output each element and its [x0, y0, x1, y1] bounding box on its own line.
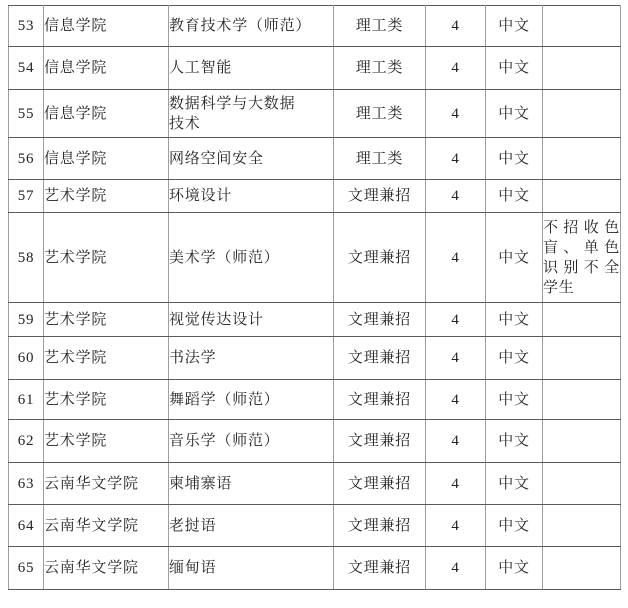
- cell-category: 文理兼招: [334, 547, 426, 590]
- cell-language: 中文: [486, 547, 543, 590]
- cell-note: [543, 6, 621, 47]
- cell-note: [543, 420, 621, 463]
- cell-college: 艺术学院: [44, 337, 169, 380]
- cell-category: 文理兼招: [334, 463, 426, 505]
- table-row: 60艺术学院书法学文理兼招4中文: [9, 337, 621, 380]
- cell-major: 网络空间安全: [169, 138, 334, 180]
- cell-language: 中文: [486, 180, 543, 213]
- cell-category: 理工类: [334, 90, 426, 138]
- cell-category: 文理兼招: [334, 303, 426, 337]
- cell-duration: 4: [426, 380, 486, 420]
- table-row: 64云南华文学院老挝语文理兼招4中文: [9, 505, 621, 547]
- cell-major: 人工智能: [169, 47, 334, 90]
- cell-duration: 4: [426, 180, 486, 213]
- cell-duration: 4: [426, 463, 486, 505]
- document-page: 53信息学院教育技术学（师范）理工类4中文54信息学院人工智能理工类4中文55信…: [0, 0, 628, 608]
- cell-category: 文理兼招: [334, 505, 426, 547]
- cell-major: 美术学（师范）: [169, 213, 334, 303]
- cell-duration: 4: [426, 303, 486, 337]
- cell-language: 中文: [486, 213, 543, 303]
- cell-duration: 4: [426, 6, 486, 47]
- table-row: 58艺术学院美术学（师范）文理兼招4中文不招收色盲、单色识别不全学生: [9, 213, 621, 303]
- cell-category: 文理兼招: [334, 180, 426, 213]
- programs-table-body: 53信息学院教育技术学（师范）理工类4中文54信息学院人工智能理工类4中文55信…: [9, 6, 621, 590]
- cell-college: 艺术学院: [44, 420, 169, 463]
- cell-language: 中文: [486, 505, 543, 547]
- cell-no: 60: [9, 337, 44, 380]
- cell-language: 中文: [486, 420, 543, 463]
- cell-no: 53: [9, 6, 44, 47]
- cell-major: 音乐学（师范）: [169, 420, 334, 463]
- cell-college: 艺术学院: [44, 180, 169, 213]
- table-row: 65云南华文学院缅甸语文理兼招4中文: [9, 547, 621, 590]
- cell-major: 老挝语: [169, 505, 334, 547]
- cell-no: 57: [9, 180, 44, 213]
- cell-major: 教育技术学（师范）: [169, 6, 334, 47]
- cell-language: 中文: [486, 6, 543, 47]
- cell-duration: 4: [426, 337, 486, 380]
- cell-note: 不招收色盲、单色识别不全学生: [543, 213, 621, 303]
- cell-college: 云南华文学院: [44, 547, 169, 590]
- cell-note: [543, 337, 621, 380]
- cell-note: [543, 463, 621, 505]
- cell-note: [543, 47, 621, 90]
- cell-duration: 4: [426, 547, 486, 590]
- cell-college: 信息学院: [44, 47, 169, 90]
- cell-duration: 4: [426, 213, 486, 303]
- cell-language: 中文: [486, 337, 543, 380]
- table-row: 57艺术学院环境设计文理兼招4中文: [9, 180, 621, 213]
- cell-major: 数据科学与大数据 技术: [169, 90, 334, 138]
- cell-note: [543, 303, 621, 337]
- cell-college: 信息学院: [44, 90, 169, 138]
- cell-major: 缅甸语: [169, 547, 334, 590]
- cell-category: 理工类: [334, 138, 426, 180]
- cell-no: 58: [9, 213, 44, 303]
- table-row: 63云南华文学院柬埔寨语文理兼招4中文: [9, 463, 621, 505]
- cell-no: 65: [9, 547, 44, 590]
- cell-duration: 4: [426, 505, 486, 547]
- cell-no: 59: [9, 303, 44, 337]
- cell-language: 中文: [486, 47, 543, 90]
- cell-duration: 4: [426, 90, 486, 138]
- table-row: 55信息学院数据科学与大数据 技术理工类4中文: [9, 90, 621, 138]
- cell-language: 中文: [486, 138, 543, 180]
- cell-college: 云南华文学院: [44, 505, 169, 547]
- cell-duration: 4: [426, 47, 486, 90]
- cell-category: 文理兼招: [334, 420, 426, 463]
- cell-note: [543, 180, 621, 213]
- cell-college: 信息学院: [44, 138, 169, 180]
- cell-duration: 4: [426, 420, 486, 463]
- cell-no: 63: [9, 463, 44, 505]
- table-row: 61艺术学院舞蹈学（师范）文理兼招4中文: [9, 380, 621, 420]
- table-row: 59艺术学院视觉传达设计文理兼招4中文: [9, 303, 621, 337]
- cell-college: 艺术学院: [44, 380, 169, 420]
- cell-note: [543, 380, 621, 420]
- cell-major: 舞蹈学（师范）: [169, 380, 334, 420]
- cell-language: 中文: [486, 380, 543, 420]
- cell-no: 62: [9, 420, 44, 463]
- cell-major: 环境设计: [169, 180, 334, 213]
- cell-category: 文理兼招: [334, 380, 426, 420]
- cell-note: [543, 547, 621, 590]
- table-row: 62艺术学院音乐学（师范）文理兼招4中文: [9, 420, 621, 463]
- cell-major: 视觉传达设计: [169, 303, 334, 337]
- cell-note: [543, 505, 621, 547]
- cell-category: 文理兼招: [334, 213, 426, 303]
- cell-no: 64: [9, 505, 44, 547]
- cell-language: 中文: [486, 463, 543, 505]
- cell-major: 书法学: [169, 337, 334, 380]
- cell-language: 中文: [486, 90, 543, 138]
- cell-no: 55: [9, 90, 44, 138]
- cell-language: 中文: [486, 303, 543, 337]
- cell-note: [543, 90, 621, 138]
- cell-college: 信息学院: [44, 6, 169, 47]
- cell-college: 艺术学院: [44, 303, 169, 337]
- cell-category: 理工类: [334, 6, 426, 47]
- cell-college: 艺术学院: [44, 213, 169, 303]
- table-row: 56信息学院网络空间安全理工类4中文: [9, 138, 621, 180]
- cell-college: 云南华文学院: [44, 463, 169, 505]
- cell-no: 56: [9, 138, 44, 180]
- cell-major: 柬埔寨语: [169, 463, 334, 505]
- cell-no: 54: [9, 47, 44, 90]
- cell-category: 文理兼招: [334, 337, 426, 380]
- cell-category: 理工类: [334, 47, 426, 90]
- table-row: 53信息学院教育技术学（师范）理工类4中文: [9, 6, 621, 47]
- cell-no: 61: [9, 380, 44, 420]
- programs-table: 53信息学院教育技术学（师范）理工类4中文54信息学院人工智能理工类4中文55信…: [8, 5, 621, 590]
- table-row: 54信息学院人工智能理工类4中文: [9, 47, 621, 90]
- cell-duration: 4: [426, 138, 486, 180]
- cell-note: [543, 138, 621, 180]
